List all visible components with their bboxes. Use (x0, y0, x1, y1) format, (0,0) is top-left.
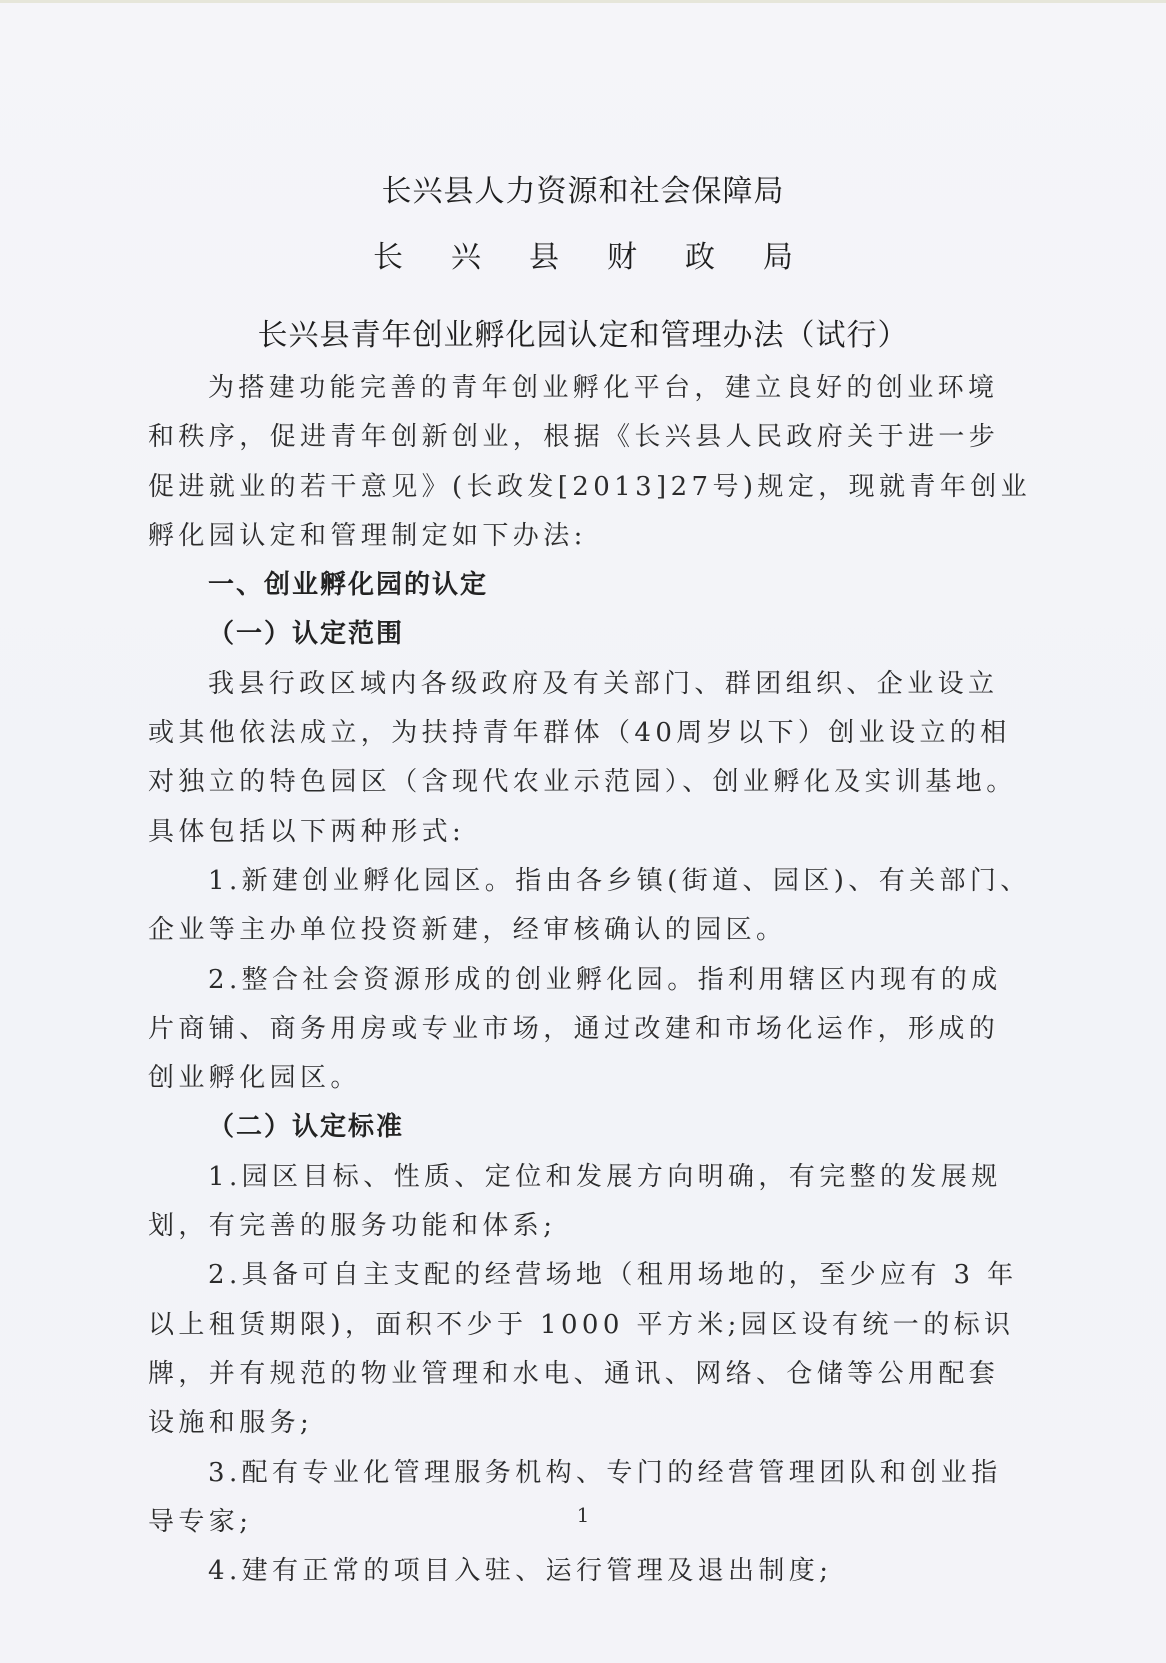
body-line: 和秩序，促进青年创新创业，根据《长兴县人民政府关于进一步 (148, 413, 1000, 462)
body-line: 我县行政区域内各级政府及有关部门、群团组织、企业设立 (148, 660, 1000, 709)
issuing-agency-hrss: 长兴县人力资源和社会保障局 (0, 166, 1166, 210)
body-line: 4.建有正常的项目入驻、运行管理及退出制度; (148, 1547, 1000, 1596)
body-line: 设施和服务; (148, 1399, 1000, 1448)
body-line: 片商铺、商务用房或专业市场，通过改建和市场化运作，形成的 (148, 1005, 1000, 1054)
agency-char: 兴 (451, 232, 481, 276)
body-line: 促进就业的若干意见》(长政发[2013]27号)规定，现就青年创业 (148, 463, 1000, 512)
body-line: 为搭建功能完善的青年创业孵化平台，建立良好的创业环境 (148, 364, 1000, 413)
document-page: 长兴县人力资源和社会保障局 长兴县财政局 长兴县青年创业孵化园认定和管理办法（试… (0, 0, 1166, 1663)
body-line: 对独立的特色园区（含现代农业示范园）、创业孵化及实训基地。 (148, 758, 1000, 807)
body-line: 以上租赁期限)，面积不少于 1000 平方米;园区设有统一的标识 (148, 1301, 1000, 1350)
page-number: 1 (0, 1503, 1166, 1527)
body-line: 企业等主办单位投资新建，经审核确认的园区。 (148, 906, 1000, 955)
section-heading: 一、创业孵化园的认定 (148, 561, 1000, 610)
body-line: 3.配有专业化管理服务机构、专门的经营管理团队和创业指 (148, 1449, 1000, 1498)
body-line: 1.园区目标、性质、定位和发展方向明确，有完整的发展规 (148, 1153, 1000, 1202)
body-line: 划，有完善的服务功能和体系; (148, 1202, 1000, 1251)
agency-char: 财 (607, 232, 637, 276)
body-line: 2.具备可自主支配的经营场地（租用场地的，至少应有 3 年 (148, 1251, 1000, 1300)
document-body: 为搭建功能完善的青年创业孵化平台，建立良好的创业环境和秩序，促进青年创新创业，根… (148, 364, 1000, 1596)
agency-char: 长 (373, 232, 403, 276)
body-line: 具体包括以下两种形式: (148, 808, 1000, 857)
body-line: 牌，并有规范的物业管理和水电、通讯、网络、仓储等公用配套 (148, 1350, 1000, 1399)
body-line: 或其他依法成立，为扶持青年群体（40周岁以下）创业设立的相 (148, 709, 1000, 758)
document-title: 长兴县青年创业孵化园认定和管理办法（试行） (0, 310, 1166, 354)
body-line: 孵化园认定和管理制定如下办法: (148, 512, 1000, 561)
section-heading: （一）认定范围 (148, 610, 1000, 659)
issuing-agency-finance: 长兴县财政局 (0, 232, 1166, 276)
agency-char: 政 (685, 232, 715, 276)
agency-char: 局 (763, 232, 793, 276)
section-heading: （二）认定标准 (148, 1103, 1000, 1152)
body-line: 1.新建创业孵化园区。指由各乡镇(街道、园区)、有关部门、 (148, 857, 1000, 906)
body-line: 创业孵化园区。 (148, 1054, 1000, 1103)
body-line: 2.整合社会资源形成的创业孵化园。指利用辖区内现有的成 (148, 956, 1000, 1005)
scan-edge (0, 0, 1166, 3)
agency-char: 县 (529, 232, 559, 276)
